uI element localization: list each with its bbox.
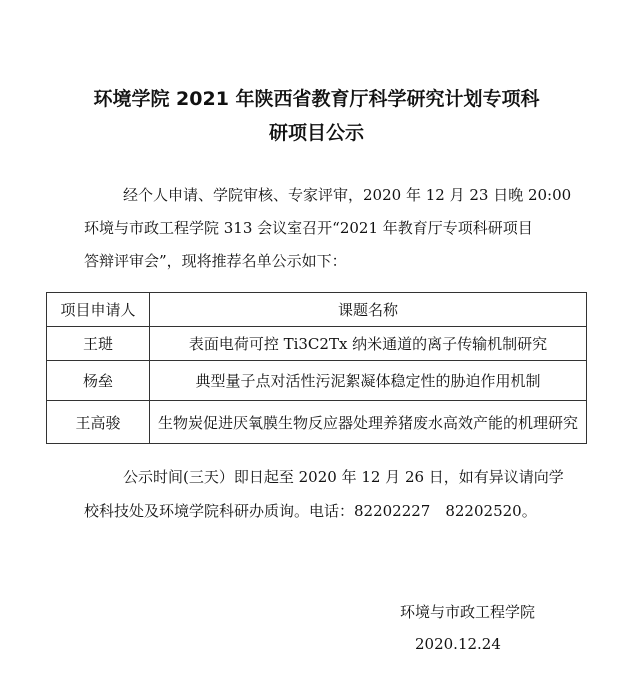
notice-paragraph-line-2: 校科技处及环境学院科研办质询。电话：82202227 82202520。 (84, 500, 537, 521)
intro-paragraph-line-3: 答辩评审会”，现将推荐名单公示如下： (84, 250, 347, 271)
header-project-title: 课题名称 (150, 293, 587, 327)
project-title-cell: 生物炭促进厌氧膜生物反应器处理养猪废水高效产能的机理研究 (150, 401, 587, 444)
project-title-cell: 表面电荷可控 Ti3C2Tx 纳米通道的离子传输机制研究 (150, 327, 587, 361)
signature-organization: 环境与市政工程学院 (400, 601, 535, 622)
notice-paragraph-line-1: 公示时间(三天）即日起至 2020 年 12 月 26 日，如有异议请向学 (123, 466, 564, 487)
header-applicant: 项目申请人 (47, 293, 150, 327)
applicant-cell: 王琎 (47, 327, 150, 361)
intro-paragraph-line-1: 经个人申请、学院审核、专家评审，2020 年 12 月 23 日晚 20:00 (123, 184, 571, 205)
table-row: 王琎 表面电荷可控 Ti3C2Tx 纳米通道的离子传输机制研究 (47, 327, 587, 361)
recommended-projects-table: 项目申请人 课题名称 王琎 表面电荷可控 Ti3C2Tx 纳米通道的离子传输机制… (46, 292, 587, 444)
signature-date: 2020.12.24 (415, 635, 501, 653)
project-title-cell: 典型量子点对活性污泥絮凝体稳定性的胁迫作用机制 (150, 361, 587, 401)
page-title-line-1: 环境学院 2021 年陕西省教育厅科学研究计划专项科 (0, 84, 633, 111)
applicant-cell: 王高骏 (47, 401, 150, 444)
applicant-cell: 杨垒 (47, 361, 150, 401)
page-title-line-2: 研项目公示 (0, 118, 633, 145)
table-row: 杨垒 典型量子点对活性污泥絮凝体稳定性的胁迫作用机制 (47, 361, 587, 401)
table-row: 王高骏 生物炭促进厌氧膜生物反应器处理养猪废水高效产能的机理研究 (47, 401, 587, 444)
table-header-row: 项目申请人 课题名称 (47, 293, 587, 327)
intro-paragraph-line-2: 环境与市政工程学院 313 会议室召开“2021 年教育厅专项科研项目 (84, 217, 533, 238)
